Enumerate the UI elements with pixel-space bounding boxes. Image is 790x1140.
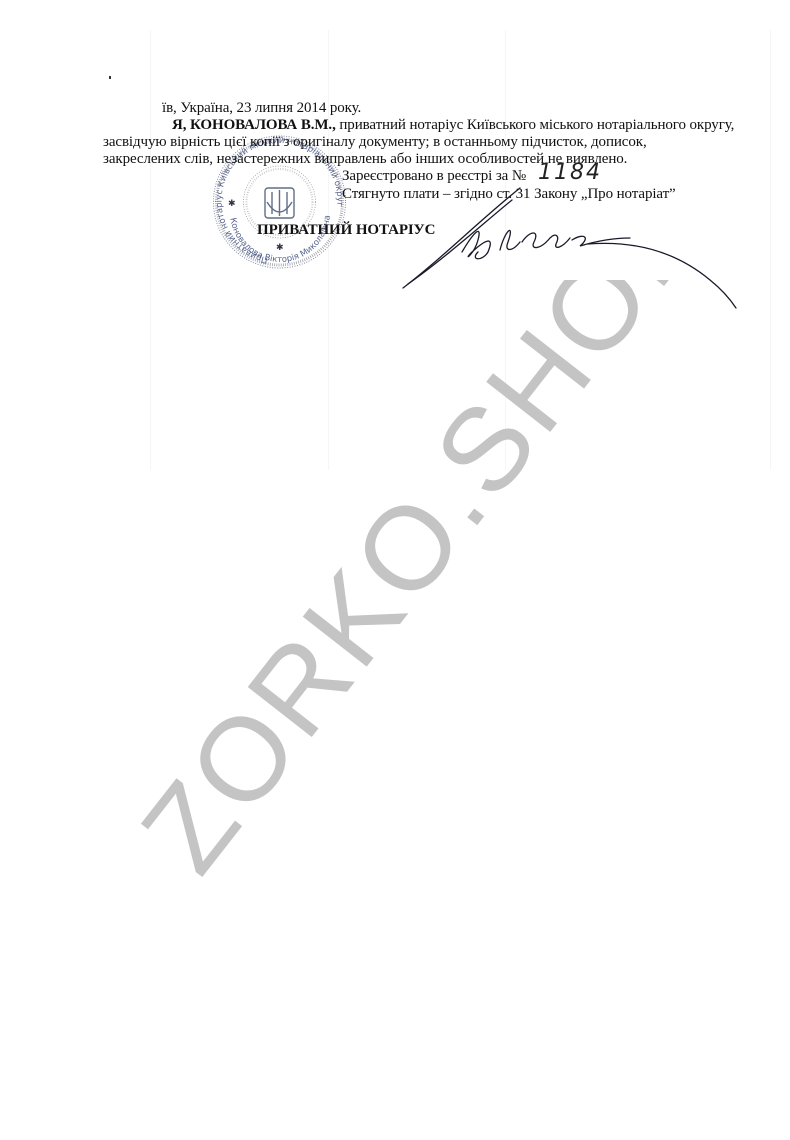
scan-artifact: [770, 30, 771, 470]
svg-text:✱: ✱: [228, 198, 236, 208]
document-page: ZORKO.SHOP Приватний нотаріус Київський …: [0, 0, 790, 1140]
watermark-text: ZORKO.SHOP: [140, 280, 700, 896]
svg-text:✱: ✱: [276, 242, 284, 252]
watermark: ZORKO.SHOP: [140, 280, 700, 920]
scan-artifact: [150, 30, 151, 470]
handwritten-signature-icon: [400, 180, 740, 320]
certification-line-1: Я, КОНОВАЛОВА В.М., приватний нотаріус К…: [172, 117, 734, 134]
certification-line-1-rest: приватний нотаріус Київського міського н…: [336, 117, 735, 133]
date-line: їв, Україна, 23 липня 2014 року.: [162, 100, 361, 117]
notary-name: Я, КОНОВАЛОВА В.М.,: [172, 117, 336, 133]
scan-speck: [109, 76, 111, 79]
certification-line-2: засвідчую вірність цієї копії з оригінал…: [103, 134, 647, 151]
